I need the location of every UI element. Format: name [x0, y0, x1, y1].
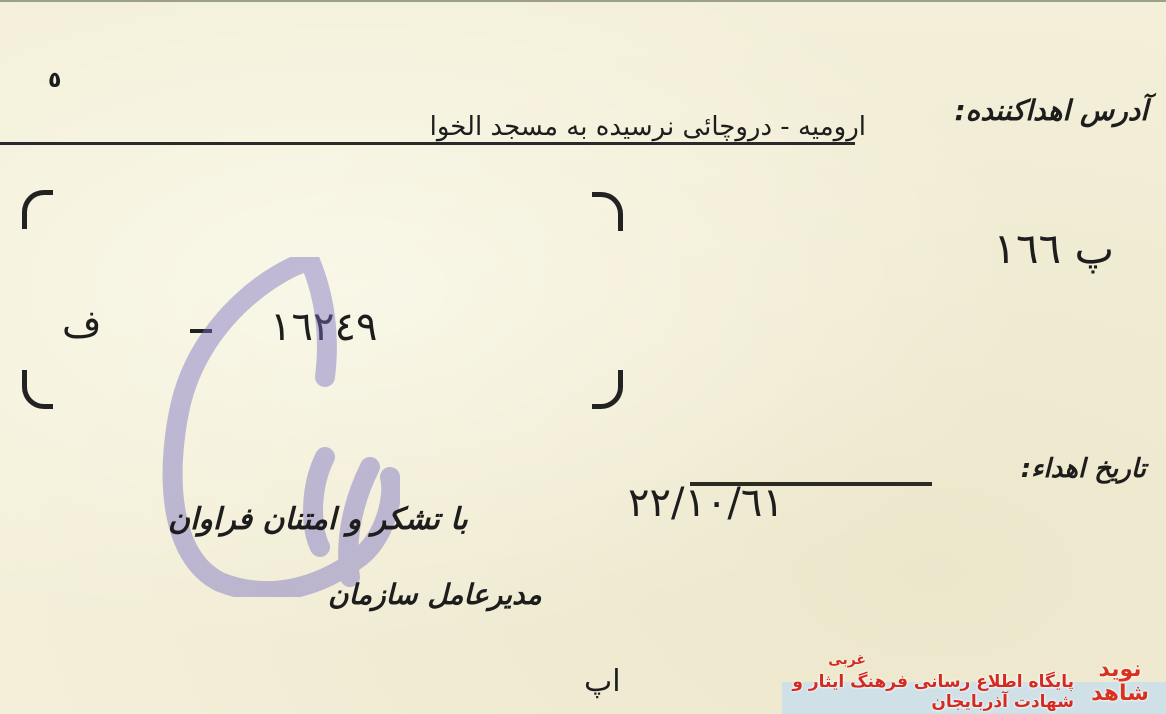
signature-thanks: با تشکر و امتنان فراوان: [168, 502, 468, 537]
watermark-text: پایگاه اطلاع رسانی فرهنگ ایثار و شهادت آ…: [742, 672, 1074, 712]
address-label: آدرس اهداکننده:: [954, 94, 1148, 127]
file-code: پ ١٦٦: [993, 224, 1114, 273]
watermark-subtext: غربی: [828, 652, 866, 668]
address-strikethrough: [0, 142, 855, 145]
date-value: ٢٢/١٠/٦١: [628, 480, 784, 526]
watermark: غربی پایگاه اطلاع رسانی فرهنگ ایثار و شه…: [742, 652, 1166, 714]
frame-corner-top-right: [592, 192, 623, 231]
serial-number: ١٦٢٤٩: [270, 304, 377, 350]
bottom-mark: اپ: [584, 664, 621, 699]
document-card: ٥ آدرس اهداکننده: ارومیه - دروچائی نرسید…: [0, 0, 1166, 714]
serial-dash: [190, 329, 212, 333]
address-value: ارومیه - دروچائی نرسیده به مسجد الخوا: [430, 112, 866, 142]
signature-title: مدیرعامل سازمان: [328, 578, 542, 611]
watermark-logo-icon: نوید شاهد: [1080, 658, 1160, 710]
serial-letter: ف: [62, 302, 101, 346]
frame-corner-top-left: [22, 190, 53, 229]
corner-mark: ٥: [48, 68, 61, 93]
frame-corner-bottom-right: [592, 370, 623, 409]
frame-corner-bottom-left: [22, 370, 53, 409]
date-label: تاریخ اهداء:: [1021, 454, 1146, 484]
